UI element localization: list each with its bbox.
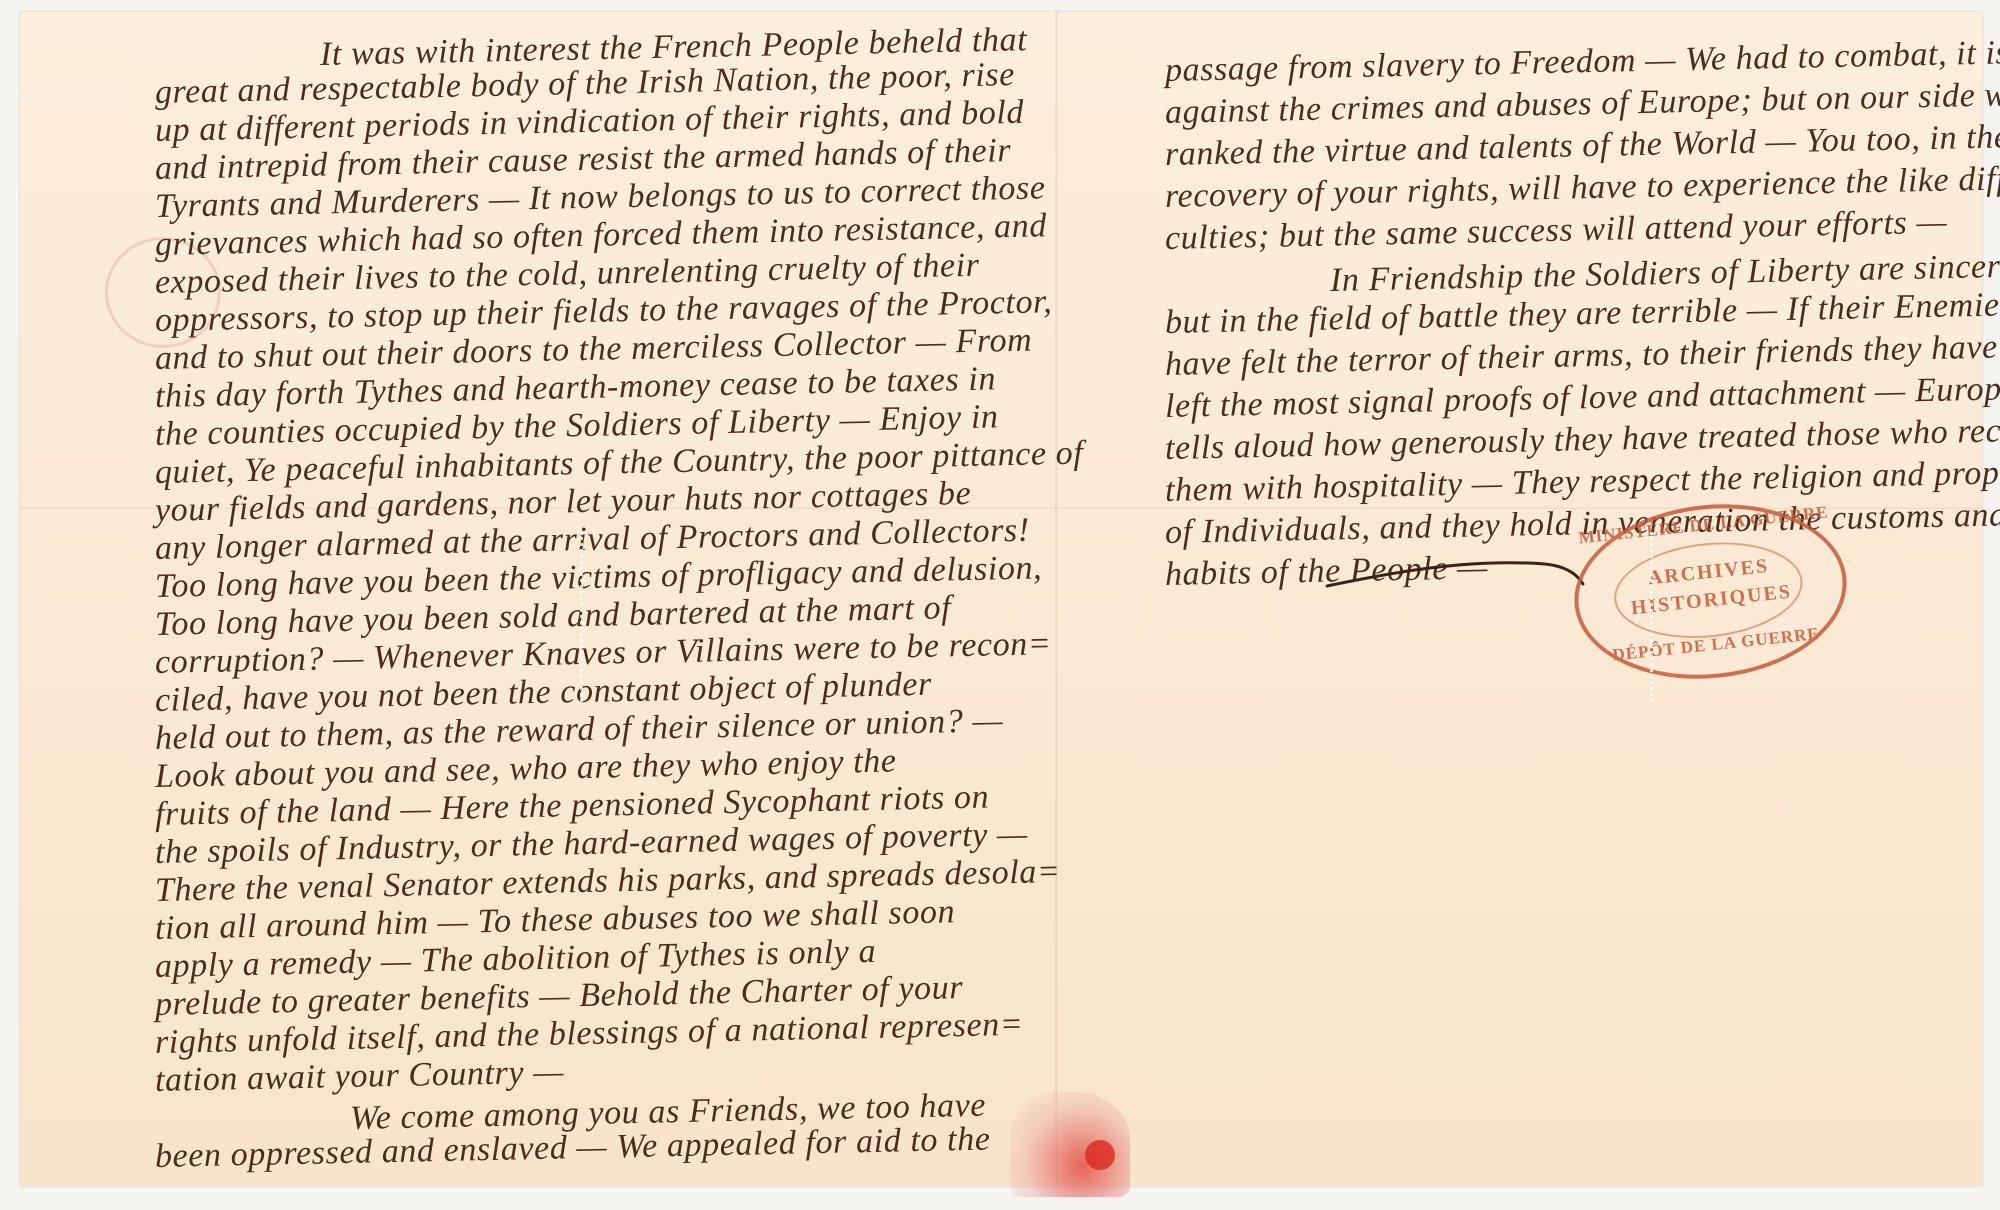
text-line: been oppressed and enslaved — We appeale… bbox=[155, 1121, 991, 1176]
perforation-marks bbox=[1650, 532, 1659, 702]
manuscript-sheet: It was with interest the French People b… bbox=[20, 12, 1982, 1186]
closing-flourish bbox=[1325, 552, 1585, 592]
perforation-marks bbox=[580, 532, 589, 702]
wax-seal-remnant bbox=[1010, 1092, 1130, 1197]
center-fold bbox=[1055, 12, 1058, 1186]
text-line: tation await your Country — bbox=[155, 1053, 565, 1100]
